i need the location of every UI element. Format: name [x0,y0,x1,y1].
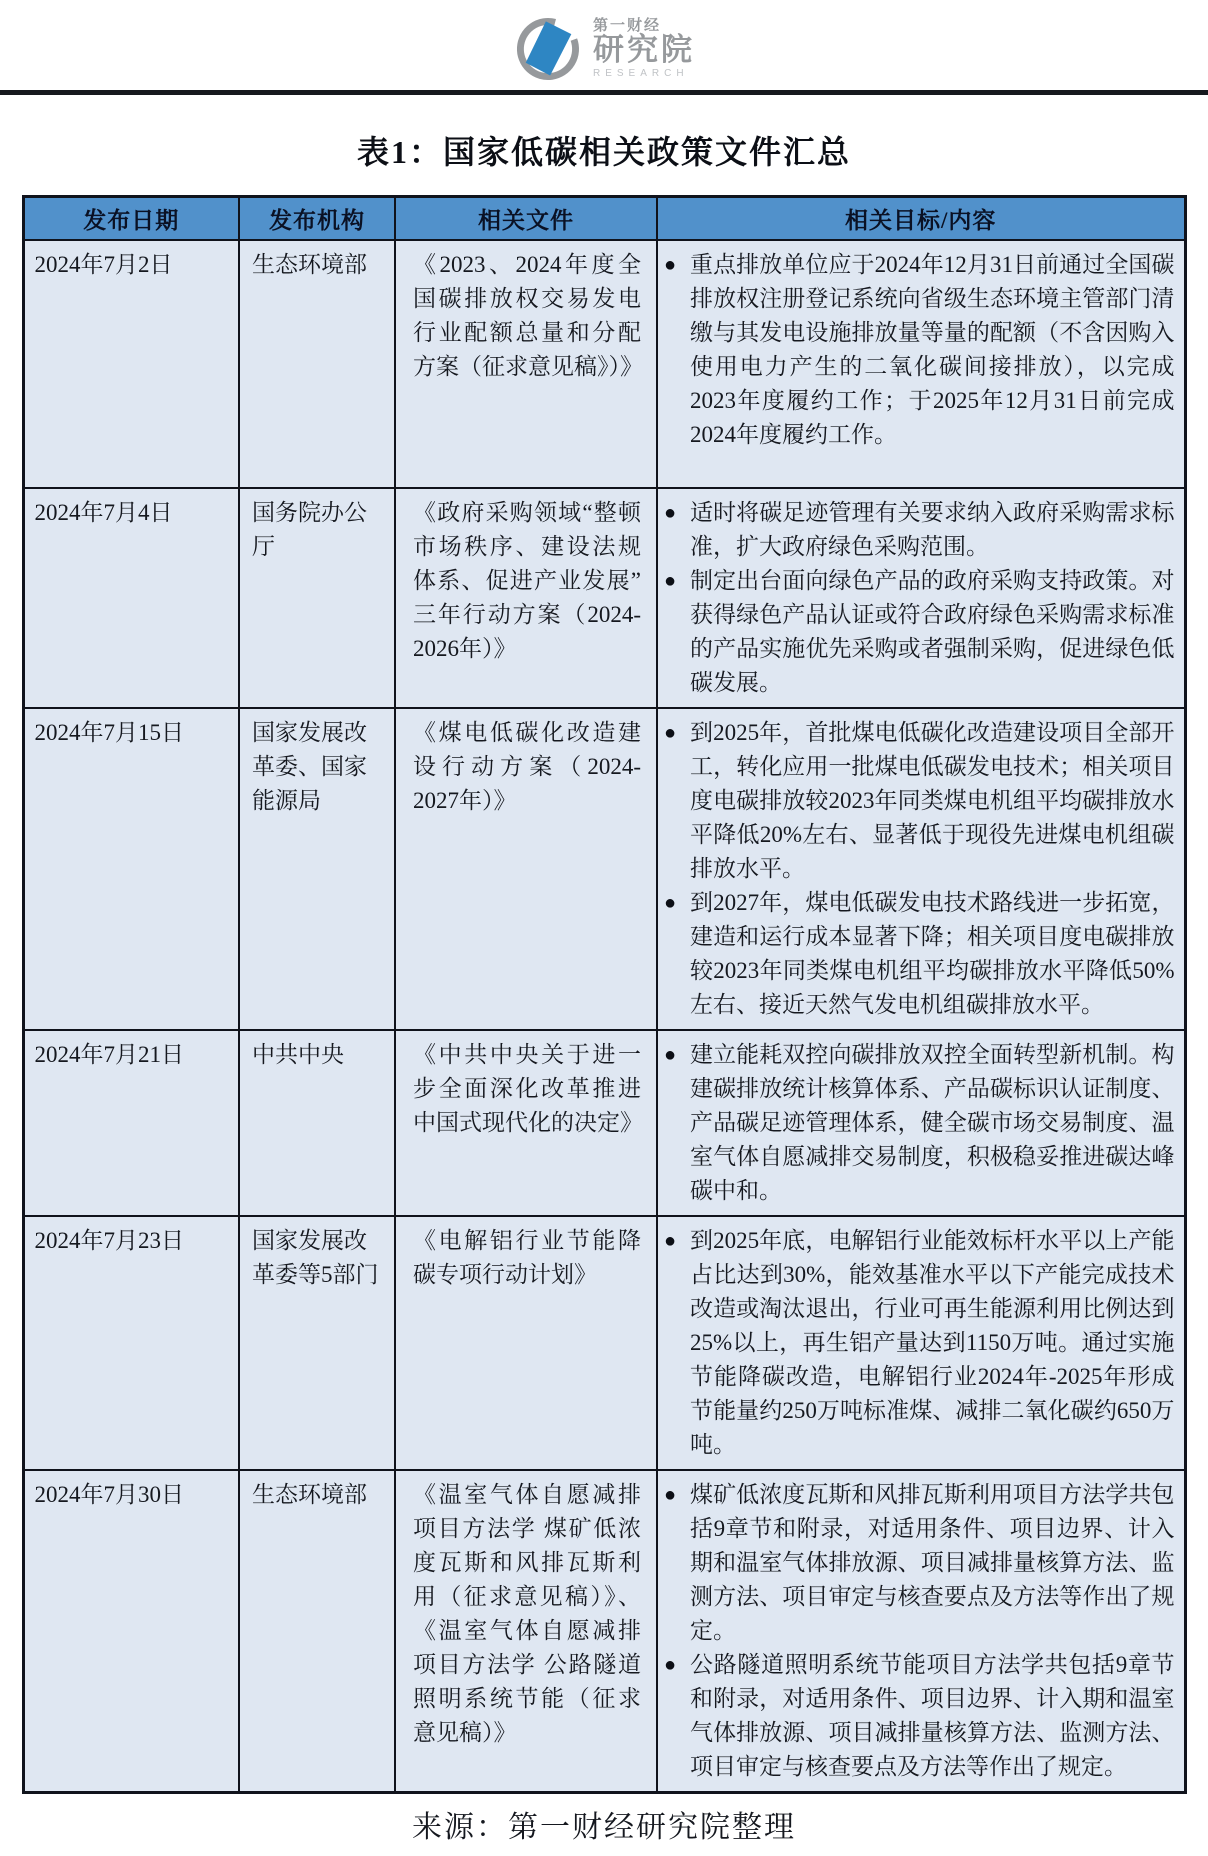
logo-research-label: RESEARCH [593,69,695,80]
cell-date: 2024年7月30日 [23,1470,239,1793]
table-row: 2024年7月15日 国家发展改革委、国家能源局 《煤电低碳化改造建设行动方案（… [23,708,1185,1030]
source-note: 来源：第一财经研究院整理 [0,1802,1208,1856]
content-bullet: ●公路隧道照明系统节能项目方法学共包括9章节和附录，对适用条件、项目边界、计入期… [664,1648,1175,1784]
cell-agency: 生态环境部 [239,1470,395,1793]
cell-document: 《温室气体自愿减排项目方法学 煤矿低浓度瓦斯和风排瓦斯利用（征求意见稿）》、《温… [395,1470,657,1793]
cell-agency: 国家发展改革委等5部门 [239,1216,395,1470]
table-row: 2024年7月23日 国家发展改革委等5部门 《电解铝行业节能降碳专项行动计划》… [23,1216,1185,1470]
brand-header: 第一财经 研究院 RESEARCH [0,0,1208,90]
content-bullet: ●适时将碳足迹管理有关要求纳入政府采购需求标准，扩大政府绿色采购范围。 [664,496,1175,564]
content-bullet: ●到2025年，首批煤电低碳化改造建设项目全部开工，转化应用一批煤电低碳发电技术… [664,716,1175,886]
bullet-icon: ● [664,496,690,564]
table-row: 2024年7月4日 国务院办公厅 《政府采购领域“整顿市场秩序、建设法规体系、促… [23,488,1185,708]
header-divider [0,90,1208,95]
bullet-icon: ● [664,716,690,886]
page: 第一财经 研究院 RESEARCH 表1：国家低碳相关政策文件汇总 发布日期 发… [0,0,1208,1856]
logo-wordmark: 第一财经 研究院 RESEARCH [593,19,695,80]
yicai-logo-icon [513,14,583,84]
cell-agency: 中共中央 [239,1030,395,1216]
table-row: 2024年7月21日 中共中央 《中共中央关于进一步全面深化改革推进中国式现代化… [23,1030,1185,1216]
bullet-text: 到2027年，煤电低碳发电技术路线进一步拓宽，建造和运行成本显著下降；相关项目度… [690,886,1175,1022]
bullet-text: 适时将碳足迹管理有关要求纳入政府采购需求标准，扩大政府绿色采购范围。 [690,496,1175,564]
bullet-icon: ● [664,886,690,1022]
cell-date: 2024年7月23日 [23,1216,239,1470]
content-bullet: ●到2025年底，电解铝行业能效标杆水平以上产能占比达到30%，能效基准水平以下… [664,1224,1175,1462]
col-header-agency: 发布机构 [239,197,395,241]
policy-table: 发布日期 发布机构 相关文件 相关目标/内容 2024年7月2日 生态环境部 《… [22,195,1187,1794]
cell-date: 2024年7月4日 [23,488,239,708]
content-bullet: ●制定出台面向绿色产品的政府采购支持政策。对获得绿色产品认证或符合政府绿色采购需… [664,564,1175,700]
bullet-text: 公路隧道照明系统节能项目方法学共包括9章节和附录，对适用条件、项目边界、计入期和… [690,1648,1175,1784]
table-title: 表1：国家低碳相关政策文件汇总 [0,127,1208,173]
col-header-document: 相关文件 [395,197,657,241]
content-bullet: ●重点排放单位应于2024年12月31日前通过全国碳排放权注册登记系统向省级生态… [664,248,1175,452]
bullet-text: 煤矿低浓度瓦斯和风排瓦斯利用项目方法学共包括9章节和附录，对适用条件、项目边界、… [690,1478,1175,1648]
col-header-date: 发布日期 [23,197,239,241]
bullet-icon: ● [664,248,690,452]
cell-content: ●煤矿低浓度瓦斯和风排瓦斯利用项目方法学共包括9章节和附录，对适用条件、项目边界… [657,1470,1185,1793]
cell-date: 2024年7月15日 [23,708,239,1030]
cell-content: ●到2025年底，电解铝行业能效标杆水平以上产能占比达到30%，能效基准水平以下… [657,1216,1185,1470]
cell-document: 《2023、2024年度全国碳排放权交易发电行业配额总量和分配方案（征求意见稿》… [395,240,657,488]
cell-content: ●建立能耗双控向碳排放双控全面转型新机制。构建碳排放统计核算体系、产品碳标识认证… [657,1030,1185,1216]
bullet-text: 到2025年底，电解铝行业能效标杆水平以上产能占比达到30%，能效基准水平以下产… [690,1224,1175,1462]
bullet-text: 重点排放单位应于2024年12月31日前通过全国碳排放权注册登记系统向省级生态环… [690,248,1175,452]
bullet-text: 建立能耗双控向碳排放双控全面转型新机制。构建碳排放统计核算体系、产品碳标识认证制… [690,1038,1175,1208]
col-header-content: 相关目标/内容 [657,197,1185,241]
content-bullet: ●煤矿低浓度瓦斯和风排瓦斯利用项目方法学共包括9章节和附录，对适用条件、项目边界… [664,1478,1175,1648]
cell-content: ●到2025年，首批煤电低碳化改造建设项目全部开工，转化应用一批煤电低碳发电技术… [657,708,1185,1030]
logo-institute-name: 研究院 [593,34,695,67]
bullet-icon: ● [664,1478,690,1648]
table-row: 2024年7月2日 生态环境部 《2023、2024年度全国碳排放权交易发电行业… [23,240,1185,488]
cell-content: ●适时将碳足迹管理有关要求纳入政府采购需求标准，扩大政府绿色采购范围。 ●制定出… [657,488,1185,708]
cell-date: 2024年7月2日 [23,240,239,488]
cell-document: 《中共中央关于进一步全面深化改革推进中国式现代化的决定》 [395,1030,657,1216]
cell-document: 《政府采购领域“整顿市场秩序、建设法规体系、促进产业发展”三年行动方案（2024… [395,488,657,708]
table-row: 2024年7月30日 生态环境部 《温室气体自愿减排项目方法学 煤矿低浓度瓦斯和… [23,1470,1185,1793]
cell-document: 《煤电低碳化改造建设行动方案（2024-2027年）》 [395,708,657,1030]
bullet-text: 到2025年，首批煤电低碳化改造建设项目全部开工，转化应用一批煤电低碳发电技术；… [690,716,1175,886]
cell-agency: 国务院办公厅 [239,488,395,708]
bullet-icon: ● [664,1648,690,1784]
table-header-row: 发布日期 发布机构 相关文件 相关目标/内容 [23,197,1185,241]
content-bullet: ●到2027年，煤电低碳发电技术路线进一步拓宽，建造和运行成本显著下降；相关项目… [664,886,1175,1022]
bullet-icon: ● [664,1038,690,1208]
bullet-text: 制定出台面向绿色产品的政府采购支持政策。对获得绿色产品认证或符合政府绿色采购需求… [690,564,1175,700]
cell-content: ●重点排放单位应于2024年12月31日前通过全国碳排放权注册登记系统向省级生态… [657,240,1185,488]
content-bullet: ●建立能耗双控向碳排放双控全面转型新机制。构建碳排放统计核算体系、产品碳标识认证… [664,1038,1175,1208]
bullet-icon: ● [664,1224,690,1462]
cell-agency: 国家发展改革委、国家能源局 [239,708,395,1030]
cell-date: 2024年7月21日 [23,1030,239,1216]
bullet-icon: ● [664,564,690,700]
cell-document: 《电解铝行业节能降碳专项行动计划》 [395,1216,657,1470]
cell-agency: 生态环境部 [239,240,395,488]
